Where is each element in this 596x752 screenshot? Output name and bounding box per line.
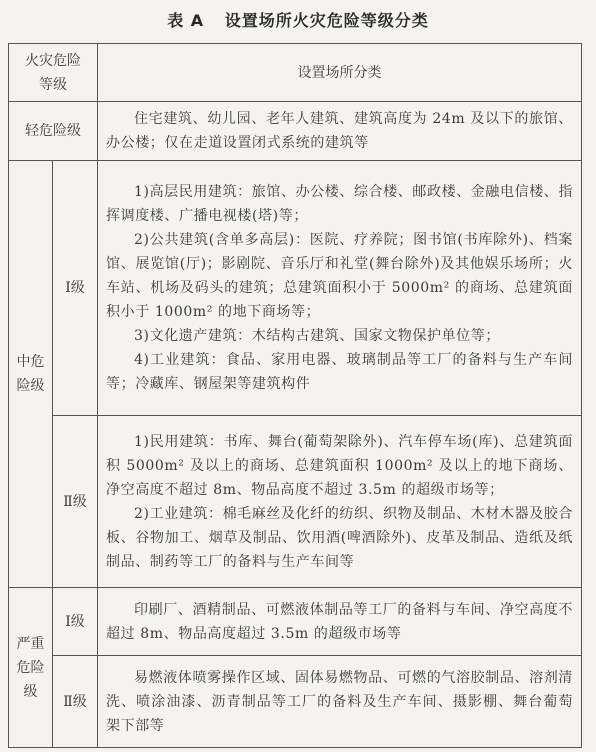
- paragraph: 1)民用建筑：书库、舞台(葡萄架除外)、汽车停车场(库)、总建筑面积 5000m…: [106, 430, 573, 502]
- level-severe: 严重 危险 级: [9, 588, 53, 748]
- level-severe-line2: 危险: [9, 656, 52, 680]
- level-severe-line1: 严重: [9, 632, 52, 656]
- paragraph: 1)高层民用建筑：旅馆、办公楼、综合楼、邮政楼、金融电信楼、指挥调度楼、广播电视…: [106, 180, 573, 228]
- grade-medium-1: Ⅰ级: [53, 161, 98, 416]
- table-number: 表 A: [167, 11, 204, 30]
- content-severe-2: 易燃液体喷雾操作区域、固体易燃物品、可燃的气溶胶制品、溶剂清洗、喷涂油漆、沥青制…: [98, 656, 582, 748]
- paragraph: 住宅建筑、幼儿园、老年人建筑、建筑高度为 24m 及以下的旅馆、办公楼；仅在走道…: [106, 107, 573, 155]
- row-severe-grade2: Ⅱ级 易燃液体喷雾操作区域、固体易燃物品、可燃的气溶胶制品、溶剂清洗、喷涂油漆、…: [9, 656, 582, 748]
- paragraph: 印刷厂、酒精制品、可燃液体制品等工厂的备料与车间、净空高度不超过 8m、物品高度…: [106, 598, 573, 646]
- header-row: 火灾危险 等级 设置场所分类: [9, 44, 582, 102]
- header-hazard-level: 火灾危险 等级: [9, 44, 98, 102]
- paragraph: 3)文化遗产建筑：木结构古建筑、国家文物保护单位等；: [106, 324, 573, 348]
- table-caption: 设置场所火灾危险等级分类: [225, 11, 429, 30]
- content-light: 住宅建筑、幼儿园、老年人建筑、建筑高度为 24m 及以下的旅馆、办公楼；仅在走道…: [98, 102, 582, 161]
- paragraph: 2)工业建筑：棉毛麻丝及化纤的纺织、织物及制品、木材木器及胶合板、谷物加工、烟草…: [106, 502, 573, 574]
- level-medium-line1: 中危: [9, 350, 52, 374]
- level-medium: 中危 险级: [9, 161, 53, 588]
- paragraph: 2)公共建筑(含单多高层)：医院、疗养院；图书馆(书库除外)、档案馆、展览馆(厅…: [106, 228, 573, 324]
- header-level-line1: 火灾危险: [11, 49, 95, 73]
- content-medium-1: 1)高层民用建筑：旅馆、办公楼、综合楼、邮政楼、金融电信楼、指挥调度楼、广播电视…: [98, 161, 582, 416]
- row-severe-grade1: 严重 危险 级 Ⅰ级 印刷厂、酒精制品、可燃液体制品等工厂的备料与车间、净空高度…: [9, 588, 582, 656]
- row-medium-grade1: 中危 险级 Ⅰ级 1)高层民用建筑：旅馆、办公楼、综合楼、邮政楼、金融电信楼、指…: [9, 161, 582, 416]
- header-category: 设置场所分类: [98, 44, 582, 102]
- row-light-hazard: 轻危险级 住宅建筑、幼儿园、老年人建筑、建筑高度为 24m 及以下的旅馆、办公楼…: [9, 102, 582, 161]
- level-medium-line2: 险级: [9, 374, 52, 398]
- grade-medium-2: Ⅱ级: [53, 416, 98, 588]
- level-severe-line3: 级: [9, 680, 52, 704]
- table-title: 表 A 设置场所火灾危险等级分类: [0, 8, 596, 31]
- row-medium-grade2: Ⅱ级 1)民用建筑：书库、舞台(葡萄架除外)、汽车停车场(库)、总建筑面积 50…: [9, 416, 582, 588]
- paragraph: 4)工业建筑：食品、家用电器、玻璃制品等工厂的备料与生产车间等；冷藏库、钢屋架等…: [106, 348, 573, 396]
- level-light: 轻危险级: [9, 102, 98, 161]
- grade-severe-1: Ⅰ级: [53, 588, 98, 656]
- fire-hazard-classification-table: 火灾危险 等级 设置场所分类 轻危险级 住宅建筑、幼儿园、老年人建筑、建筑高度为…: [8, 43, 582, 748]
- grade-severe-2: Ⅱ级: [53, 656, 98, 748]
- header-level-line2: 等级: [11, 73, 95, 97]
- paragraph: 易燃液体喷雾操作区域、固体易燃物品、可燃的气溶胶制品、溶剂清洗、喷涂油漆、沥青制…: [106, 666, 573, 738]
- content-severe-1: 印刷厂、酒精制品、可燃液体制品等工厂的备料与车间、净空高度不超过 8m、物品高度…: [98, 588, 582, 656]
- content-medium-2: 1)民用建筑：书库、舞台(葡萄架除外)、汽车停车场(库)、总建筑面积 5000m…: [98, 416, 582, 588]
